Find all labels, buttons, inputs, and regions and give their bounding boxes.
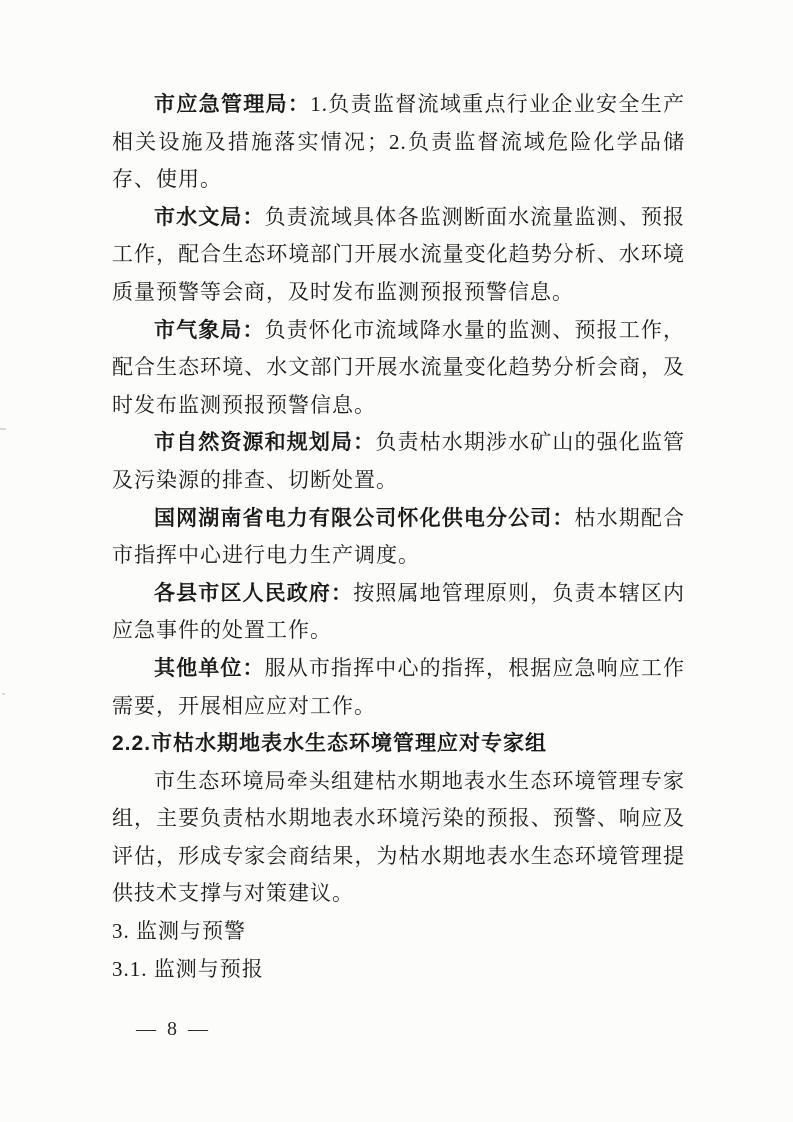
paragraph-text: 市生态环境局牵头组建枯水期地表水生态环境管理专家组，主要负责枯水期地表水环境污染… [112,769,685,906]
section-heading-3-1: 3.1. 监测与预报 [112,951,685,989]
scan-artifact [2,693,5,695]
org-name-bold: 各县市区人民政府： [154,581,353,605]
document-body: 市应急管理局：1.负责监督流域重点行业企业安全生产相关设施及措施落实情况；2.负… [112,86,685,988]
org-duty-paragraph-natural-resources-bureau: 市自然资源和规划局：负责枯水期涉水矿山的强化监管及污染源的排查、切断处置。 [112,424,685,499]
org-name-bold: 国网湖南省电力有限公司怀化供电分公司： [154,506,574,530]
org-duty-paragraph-other-units: 其他单位：服从市指挥中心的指挥，根据应急响应工作需要，开展相应应对工作。 [112,650,685,725]
org-duty-paragraph-power-company: 国网湖南省电力有限公司怀化供电分公司：枯水期配合市指挥中心进行电力生产调度。 [112,500,685,575]
org-name-bold: 市自然资源和规划局： [154,430,375,454]
org-name-bold: 其他单位： [154,656,265,680]
org-name-bold: 市气象局： [154,318,265,342]
org-duty-paragraph-hydrology-bureau: 市水文局：负责流域具体各监测断面水流量监测、预报工作，配合生态环境部门开展水流量… [112,199,685,312]
org-duty-paragraph-county-governments: 各县市区人民政府：按照属地管理原则，负责本辖区内应急事件的处置工作。 [112,575,685,650]
page-number: — 8 — [136,1018,211,1041]
org-name-bold: 市水文局： [154,205,265,229]
section-heading-3: 3. 监测与预警 [112,913,685,951]
org-duty-paragraph-meteorology-bureau: 市气象局：负责怀化市流域降水量的监测、预报工作，配合生态环境、水文部门开展水流量… [112,312,685,425]
org-name-bold: 市应急管理局： [154,92,310,116]
org-duty-paragraph-emergency-bureau: 市应急管理局：1.负责监督流域重点行业企业安全生产相关设施及措施落实情况；2.负… [112,86,685,199]
scan-artifact [0,428,6,430]
scanned-document-page: 市应急管理局：1.负责监督流域重点行业企业安全生产相关设施及措施落实情况；2.负… [0,0,793,1122]
section-heading-2-2: 2.2.市枯水期地表水生态环境管理应对专家组 [112,725,685,763]
expert-group-paragraph: 市生态环境局牵头组建枯水期地表水生态环境管理专家组，主要负责枯水期地表水环境污染… [112,763,685,913]
